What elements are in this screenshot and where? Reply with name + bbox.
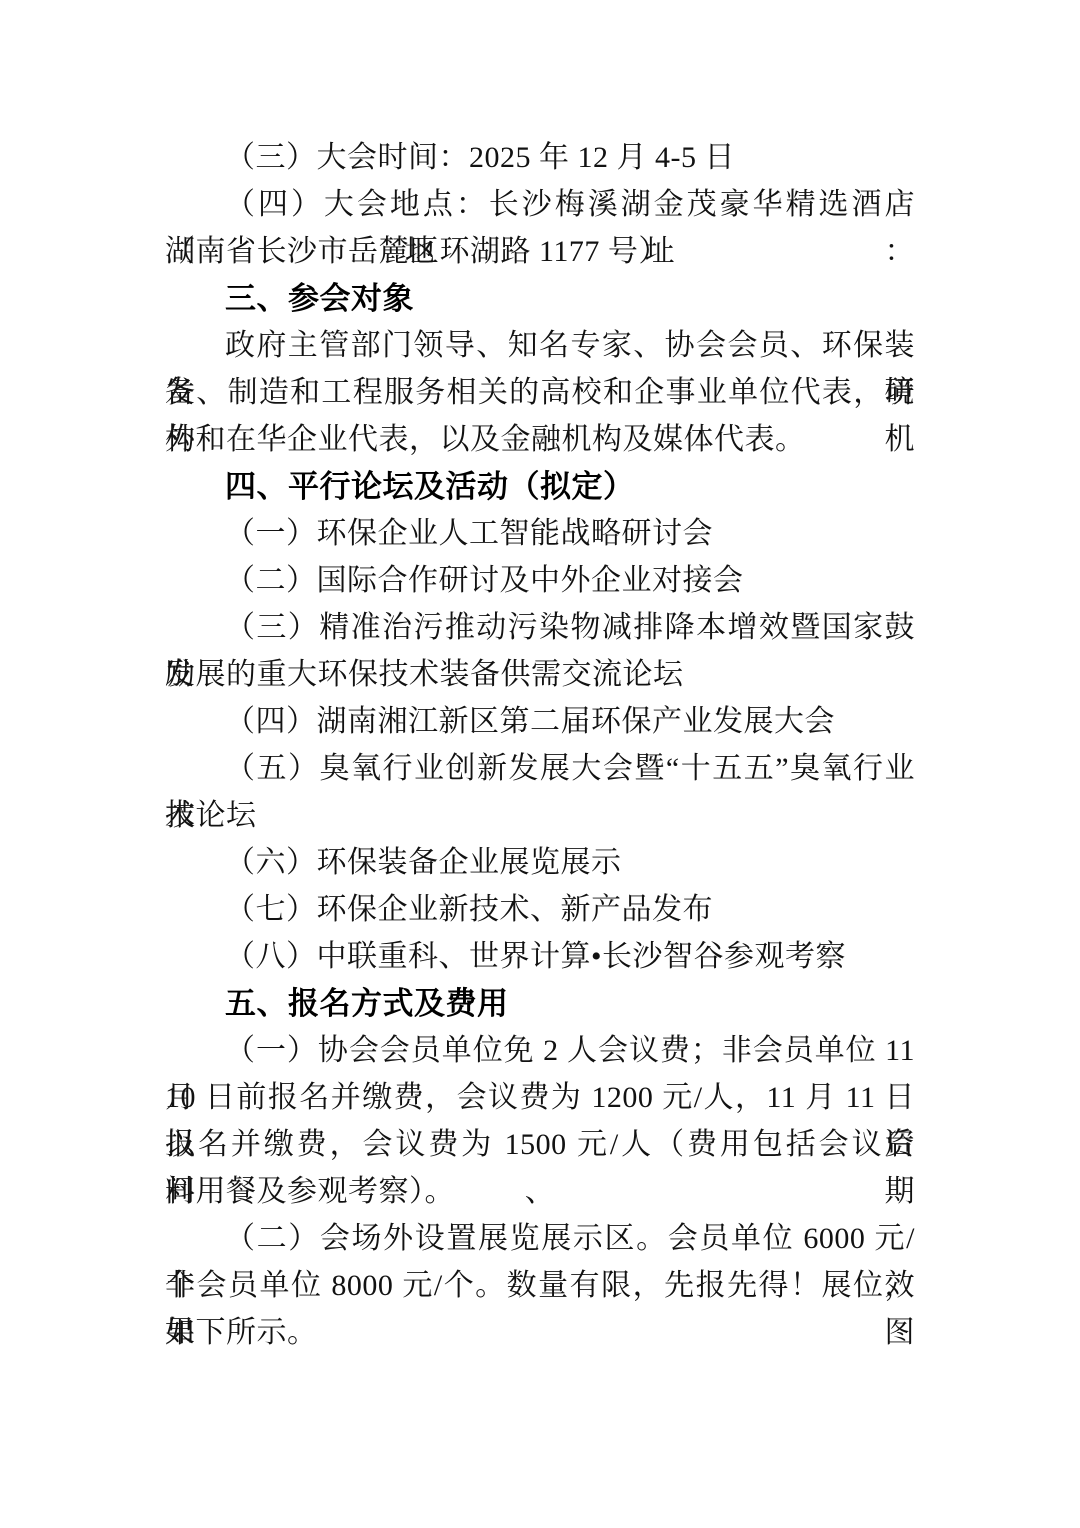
section-heading: 三、参会对象: [165, 275, 915, 322]
text-line: 报名并缴费，会议费为 1500 元/人（费用包括会议资料、期: [165, 1121, 915, 1168]
paragraph: （一）环保企业人工智能战略研讨会: [165, 510, 915, 557]
paragraph: （三）大会时间：2025 年 12 月 4-5 日: [165, 134, 915, 181]
text-line: （五）臭氧行业创新发展大会暨“十五五”臭氧行业技: [165, 745, 915, 792]
text-line: 10 日前报名并缴费，会议费为 1200 元/人，11 月 11 日以后: [165, 1074, 915, 1121]
paragraph: 政府主管部门领导、知名专家、协会会员、环保装备研发、制造和工程服务相关的高校和企…: [165, 322, 915, 463]
text-line: （二）会场外设置展览展示区。会员单位 6000 元/个，: [165, 1215, 915, 1262]
paragraph: （四）大会地点：长沙梅溪湖金茂豪华精选酒店（地址：湖南省长沙市岳麓区环湖路 11…: [165, 181, 915, 275]
heading-line: 四、平行论坛及活动（拟定）: [165, 463, 915, 510]
text-line: 发、制造和工程服务相关的高校和企事业单位代表，境外机: [165, 369, 915, 416]
text-line: 构和在华企业代表，以及金融机构及媒体代表。: [165, 416, 915, 463]
text-line: （二）国际合作研讨及中外企业对接会: [165, 557, 915, 604]
text-line: （七）环保企业新技术、新产品发布: [165, 886, 915, 933]
text-line: （六）环保装备企业展览展示: [165, 839, 915, 886]
text-line: （八）中联重科、世界计算•长沙智谷参观考察: [165, 933, 915, 980]
text-line: 术论坛: [165, 792, 915, 839]
text-line: （三）大会时间：2025 年 12 月 4-5 日: [165, 134, 915, 181]
section-heading: 四、平行论坛及活动（拟定）: [165, 463, 915, 510]
text-line: （一）环保企业人工智能战略研讨会: [165, 510, 915, 557]
paragraph: （四）湖南湘江新区第二届环保产业发展大会: [165, 698, 915, 745]
document-content: （三）大会时间：2025 年 12 月 4-5 日（四）大会地点：长沙梅溪湖金茂…: [165, 134, 915, 1356]
text-line: （一）协会会员单位免 2 人会议费；非会员单位 11 月: [165, 1027, 915, 1074]
paragraph: （八）中联重科、世界计算•长沙智谷参观考察: [165, 933, 915, 980]
text-line: 发展的重大环保技术装备供需交流论坛: [165, 651, 915, 698]
paragraph: （一）协会会员单位免 2 人会议费；非会员单位 11 月10 日前报名并缴费，会…: [165, 1027, 915, 1215]
section-heading: 五、报名方式及费用: [165, 980, 915, 1027]
paragraph: （二）会场外设置展览展示区。会员单位 6000 元/个，非会员单位 8000 元…: [165, 1215, 915, 1356]
document-page: （三）大会时间：2025 年 12 月 4-5 日（四）大会地点：长沙梅溪湖金茂…: [0, 0, 1080, 1528]
paragraph: （五）臭氧行业创新发展大会暨“十五五”臭氧行业技术论坛: [165, 745, 915, 839]
paragraph: （三）精准治污推动污染物减排降本增效暨国家鼓励发展的重大环保技术装备供需交流论坛: [165, 604, 915, 698]
heading-line: 五、报名方式及费用: [165, 980, 915, 1027]
text-line: （四）湖南湘江新区第二届环保产业发展大会: [165, 698, 915, 745]
heading-line: 三、参会对象: [165, 275, 915, 322]
text-line: （三）精准治污推动污染物减排降本增效暨国家鼓励: [165, 604, 915, 651]
paragraph: （七）环保企业新技术、新产品发布: [165, 886, 915, 933]
paragraph: （二）国际合作研讨及中外企业对接会: [165, 557, 915, 604]
text-line: 非会员单位 8000 元/个。数量有限，先报先得！展位效果图: [165, 1262, 915, 1309]
paragraph: （六）环保装备企业展览展示: [165, 839, 915, 886]
text-line: （四）大会地点：长沙梅溪湖金茂豪华精选酒店（地址：: [165, 181, 915, 228]
text-line: 政府主管部门领导、知名专家、协会会员、环保装备研: [165, 322, 915, 369]
